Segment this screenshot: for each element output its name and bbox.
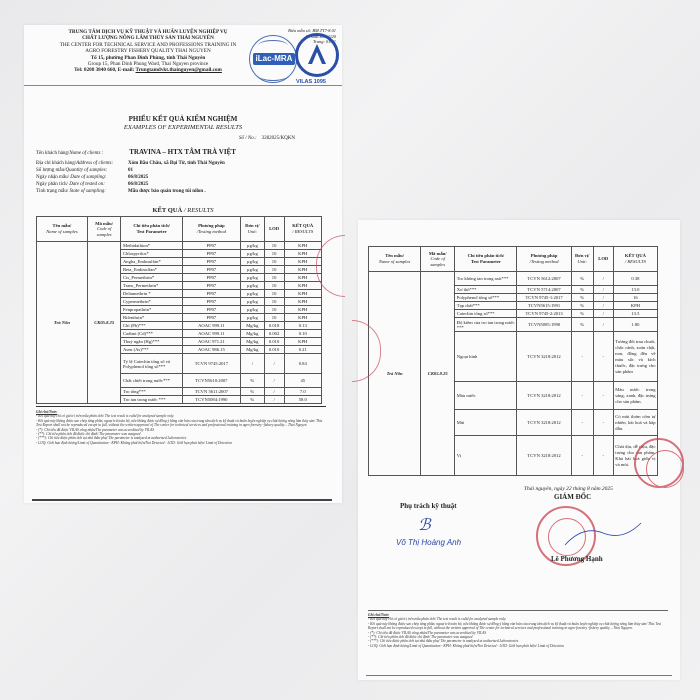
unit: %: [240, 374, 264, 388]
testing-method: TCVN5085:1990: [517, 318, 571, 332]
test-parameter: Asen (As)***: [121, 346, 182, 354]
lod: 0.010: [264, 346, 284, 354]
column-header: Đơn vị/Unit:: [240, 217, 264, 242]
tech-lead-title: Phụ trách kỹ thuật: [400, 502, 457, 510]
unit: -: [571, 410, 593, 436]
sample-code: CK05.8.25: [87, 242, 121, 404]
footer-divider-2: [366, 675, 672, 676]
lod: /: [593, 302, 613, 310]
sample-name: Trà Nõn: [37, 242, 88, 404]
result: Màu nước trong sáng, xanh, đặc trưng cho…: [613, 382, 657, 410]
unit: Mg/kg: [240, 330, 264, 338]
lod: /: [264, 396, 284, 404]
sign-date: Thái nguyên, ngày 22 tháng 8 năm 2025: [524, 486, 613, 492]
result: KPH: [284, 282, 322, 290]
test-parameter: Tro không tan trong axit***: [455, 272, 517, 286]
testing-method: TCVN5084:1990: [182, 396, 240, 404]
field-label: Tình trạng mẫu/ State of sampling:: [36, 188, 128, 195]
lod: 10: [264, 306, 284, 314]
report-number-value: 3282025/KQKN: [262, 136, 295, 141]
note-line: - Kết quả này không được sao chép từng p…: [36, 419, 328, 428]
lod: 10: [264, 282, 284, 290]
table-header-row: Tên mẫu/Name of samplesMã mẫu/Code of sa…: [37, 217, 322, 242]
client-label: Tên khách hàng/: [36, 151, 69, 156]
lod: 10: [264, 290, 284, 298]
column-header: Mã mẫu/Code of samples: [421, 247, 455, 272]
testing-method: TCVN 3218:2012: [517, 382, 571, 410]
test-parameter: Cadimi (Cd)***: [121, 330, 182, 338]
lod: 10: [264, 266, 284, 274]
test-parameter: Bifenthrin*: [121, 314, 182, 322]
report-fields: Địa chỉ khách hàng/Address of clients:Xó…: [36, 160, 225, 195]
test-parameter: Beta_Endosulfan*: [121, 266, 182, 274]
test-parameter: Angha_Endosulfan*: [121, 258, 182, 266]
testing-method: TCVN 9745:2017: [182, 354, 240, 374]
lod: 10: [264, 274, 284, 282]
unit: µg/kg: [240, 250, 264, 258]
column-header: Phương pháp/Testing method: [182, 217, 240, 242]
unit: -: [571, 332, 593, 382]
unit: µg/kg: [240, 282, 264, 290]
unit: µg/kg: [240, 266, 264, 274]
sample-code: CK05.8.25: [421, 272, 455, 476]
result: 0.13: [284, 322, 322, 330]
result: Tương đối trau chuốt, chắc cánh, xoăn ch…: [613, 332, 657, 382]
director-signature-icon: [563, 515, 643, 555]
test-parameter: Chất chiết trong nước***: [121, 374, 182, 388]
column-header: Mã mẫu/Code of samples: [87, 217, 121, 242]
result: 0.21: [284, 346, 322, 354]
unit: %: [571, 286, 593, 294]
note-line: - Kết quả này không được sao chép từng p…: [368, 622, 668, 631]
test-parameter: Methidathion*: [121, 242, 182, 250]
test-parameter: Catechin tổng số***: [455, 310, 517, 318]
test-parameter: Chì (Pb)***: [121, 322, 182, 330]
client-name: TRAVINA – HTX TÂM TRÀ VIỆT: [129, 148, 236, 156]
testing-method: TCVN 5611:2007: [182, 388, 240, 396]
field-label: Ngày phân tích/ Date of tested on:: [36, 181, 128, 188]
unit: %: [240, 388, 264, 396]
result: 58.0: [284, 396, 322, 404]
testing-method: PP07: [182, 250, 240, 258]
lod: 10: [264, 250, 284, 258]
field-row: Số lượng mẫu/Quantity of samples:01: [36, 167, 225, 174]
test-parameter: Tạp chất***: [455, 302, 517, 310]
result: KPH: [284, 242, 322, 250]
field-value: 06/8/2025: [128, 182, 148, 187]
lod: /: [593, 286, 613, 294]
field-value: Mẫu được bảo quản trong túi nilon .: [128, 189, 206, 194]
column-header: Chỉ tiêu phân tích/Test Parameter: [455, 247, 517, 272]
results-table-2: Tên mẫu/Name of samplesMã mẫu/Code of sa…: [368, 246, 658, 476]
testing-method: PP07: [182, 266, 240, 274]
testing-method: TCVN 5714:2007: [517, 286, 571, 294]
column-header: KẾT QUẢ/ RESULTS: [284, 217, 322, 242]
lod: /: [593, 272, 613, 286]
notes-section: Ghi chú/Note:- Kết quả này chỉ có giá tr…: [36, 410, 328, 445]
signature-mark-icon: ℬ: [418, 515, 431, 535]
note-line: - LOQ: Giới hạn định lượng/Limit of Quan…: [368, 644, 668, 648]
results-heading-en: / RESULTS: [184, 207, 214, 214]
org-email: Trungtamdvkt.thainguyen@gmail.com: [136, 67, 222, 73]
field-value: Xóm Bầu Châu, xã Đại Từ, tỉnh Thái Nguyê…: [128, 161, 225, 166]
column-header: Đơn vị/Unit:: [571, 247, 593, 272]
testing-method: PP07: [182, 258, 240, 266]
test-parameter: Trans_Permethrin*: [121, 282, 182, 290]
test-parameter: Tro tổng***: [121, 388, 182, 396]
notes-section-2: Ghi chú/Note:- Kết quả này chỉ có giá tr…: [368, 613, 668, 648]
testing-method: TCVN5615:1991: [517, 302, 571, 310]
unit: µg/kg: [240, 258, 264, 266]
result: 0.10: [284, 330, 322, 338]
testing-method: TCVN 3218:2012: [517, 332, 571, 382]
test-parameter: Chlorpyrifos*: [121, 250, 182, 258]
report-page-2: Tên mẫu/Name of samplesMã mẫu/Code of sa…: [358, 220, 680, 680]
org-contact: Tel: 0208 3840 660, E-mail:: [74, 67, 135, 73]
column-header: LOD: [593, 247, 613, 272]
unit: %: [571, 318, 593, 332]
header-divider: [24, 85, 342, 86]
result: 0.84: [284, 354, 322, 374]
results-heading: KẾT QUẢ / RESULTS: [24, 207, 342, 214]
testing-method: TCVN 3218:2012: [517, 410, 571, 436]
testing-method: PP07: [182, 290, 240, 298]
test-parameter: Màu nước: [455, 382, 517, 410]
field-label: Ngày nhận mẫu/ Date of sampling:: [36, 174, 128, 181]
field-value: 01: [128, 168, 133, 173]
lod: -: [593, 410, 613, 436]
unit: µg/kg: [240, 242, 264, 250]
column-header: LOD: [264, 217, 284, 242]
notes-divider-2: [368, 610, 668, 611]
testing-method: PP07: [182, 282, 240, 290]
testing-method: PP07: [182, 274, 240, 282]
testing-method: PP07: [182, 314, 240, 322]
unit: -: [571, 382, 593, 410]
column-header: Chỉ tiêu phân tích/Test Parameter: [121, 217, 182, 242]
unit: µg/kg: [240, 290, 264, 298]
lod: 10: [264, 314, 284, 322]
result: KPH: [284, 338, 322, 346]
testing-method: AOAC 986.15: [182, 346, 240, 354]
result: 45: [284, 374, 322, 388]
result: KPH: [284, 314, 322, 322]
lod: 10: [264, 298, 284, 306]
lod: 0.018: [264, 322, 284, 330]
field-row: Ngày phân tích/ Date of tested on:06/8/2…: [36, 181, 225, 188]
result: 13.5: [613, 310, 657, 318]
lod: -: [593, 332, 613, 382]
tech-lead-signature: Võ Thị Hoàng Anh: [396, 538, 461, 547]
testing-method: AOAC 999.11: [182, 322, 240, 330]
column-header: KẾT QUẢ/ RESULTS: [613, 247, 657, 272]
result: 7.0: [284, 388, 322, 396]
unit: Mg/kg: [240, 338, 264, 346]
test-parameter: Xơ thô***: [455, 286, 517, 294]
table-row: Trà NõnCK05.8.25Methidathion*PP07µg/kg10…: [37, 242, 322, 250]
test-parameter: Tỷ lệ Catechin tổng số và Polyphenol tổn…: [121, 354, 182, 374]
notes-divider: [36, 406, 326, 407]
field-row: Ngày nhận mẫu/ Date of sampling:06/8/202…: [36, 174, 225, 181]
result: KPH: [284, 306, 322, 314]
report-title-en: EXAMPLES OF EXPERIMENTAL RESULTS: [24, 124, 342, 131]
test-parameter: Tro tan trong nước ***: [121, 396, 182, 404]
lod: 10: [264, 242, 284, 250]
result: Có mùi thơm cốm tự nhiên, hài hoà và hấp…: [613, 410, 657, 436]
unit: %: [571, 294, 593, 302]
testing-method: AOAC 971.21: [182, 338, 240, 346]
testing-method: TCVN 9745-1:2017: [517, 294, 571, 302]
unit: %: [240, 396, 264, 404]
result: KPH: [284, 298, 322, 306]
field-row: Địa chỉ khách hàng/Address of clients:Xó…: [36, 160, 225, 167]
column-header: Tên mẫu/Name of samples: [37, 217, 88, 242]
testing-method: TCVN5610:2007: [182, 374, 240, 388]
test-parameter: Độ kiềm của tro tan trong nước ***: [455, 318, 517, 332]
director-name: Lê Phương Hạnh: [551, 555, 603, 563]
test-parameter: Deltamethrin *: [121, 290, 182, 298]
lod: /: [593, 310, 613, 318]
org-header: TRUNG TÂM DỊCH VỤ KỸ THUẬT VÀ HUẤN LUYỆN…: [38, 29, 258, 74]
field-row: Tình trạng mẫu/ State of sampling:Mẫu đư…: [36, 188, 225, 195]
test-parameter: Mùi: [455, 410, 517, 436]
result: KPH: [284, 290, 322, 298]
lod: 0.002: [264, 330, 284, 338]
test-parameter: Cypermethrin*: [121, 298, 182, 306]
lod: -: [593, 436, 613, 476]
director-title: GIÁM ĐỐC: [554, 493, 591, 501]
result: 0.38: [613, 272, 657, 286]
test-parameter: Fenpropathrin*: [121, 306, 182, 314]
unit: %: [571, 272, 593, 286]
footer-divider: [32, 499, 332, 501]
test-parameter: Cis_Permethrin*: [121, 274, 182, 282]
report-title-vn: PHIẾU KẾT QUẢ KIỂM NGHIỆM: [24, 115, 342, 123]
unit: /: [240, 354, 264, 374]
lod: /: [264, 388, 284, 396]
field-label: Địa chỉ khách hàng/Address of clients:: [36, 160, 128, 167]
sample-name: Trà Nõn: [369, 272, 421, 476]
unit: µg/kg: [240, 314, 264, 322]
column-header: Phương pháp/Testing method: [517, 247, 571, 272]
unit: -: [571, 436, 593, 476]
testing-method: PP07: [182, 306, 240, 314]
unit: Mg/kg: [240, 346, 264, 354]
lod: -: [593, 382, 613, 410]
testing-method: TCVN 9745-2:2013: [517, 310, 571, 318]
unit: µg/kg: [240, 298, 264, 306]
field-label: Số lượng mẫu/Quantity of samples:: [36, 167, 128, 174]
client-row: Tên khách hàng/Name of clients : TRAVINA…: [36, 149, 236, 157]
ilac-logo-text: iLac-MRA: [253, 53, 295, 65]
ilac-mra-logo: iLac-MRA: [249, 35, 297, 83]
test-parameter: Vị: [455, 436, 517, 476]
lod: /: [593, 294, 613, 302]
result: 13.0: [613, 286, 657, 294]
result: 1.80: [613, 318, 657, 332]
table-header-row: Tên mẫu/Name of samplesMã mẫu/Code of sa…: [369, 247, 658, 272]
lod: /: [264, 354, 284, 374]
test-parameter: Polyphenol tổng số***: [455, 294, 517, 302]
unit: Mg/kg: [240, 322, 264, 330]
test-parameter: Thuỷ ngân (Hg)***: [121, 338, 182, 346]
vilas-logo: [295, 33, 339, 77]
stamp-edge-right-icon: [634, 438, 684, 488]
results-table-1: Tên mẫu/Name of samplesMã mẫu/Code of sa…: [36, 216, 322, 404]
table-row: Trà NõnCK05.8.25Tro không tan trong axit…: [369, 272, 658, 286]
report-page-1: TRUNG TÂM DỊCH VỤ KỸ THUẬT VÀ HUẤN LUYỆN…: [24, 25, 342, 503]
report-number-label: Số / No.:: [239, 136, 257, 141]
testing-method: TCVN 3218:2012: [517, 436, 571, 476]
note-line: - LOQ: Giới hạn định lượng/Limit of Quan…: [36, 441, 328, 445]
unit: %: [571, 310, 593, 318]
result: KPH: [613, 302, 657, 310]
testing-method: PP07: [182, 242, 240, 250]
field-value: 06/8/2025: [128, 175, 148, 180]
testing-method: PP07: [182, 298, 240, 306]
unit: µg/kg: [240, 274, 264, 282]
testing-method: TCVN 5612:2007: [517, 272, 571, 286]
results-heading-vn: KẾT QUẢ: [153, 207, 183, 214]
lod: 10: [264, 258, 284, 266]
test-parameter: Ngoại hình: [455, 332, 517, 382]
result: 16: [613, 294, 657, 302]
testing-method: AOAC 999.11: [182, 330, 240, 338]
unit: µg/kg: [240, 306, 264, 314]
lod: /: [264, 374, 284, 388]
report-number: Số / No.: 3282025/KQKN: [239, 136, 295, 141]
lod: 0.010: [264, 338, 284, 346]
lod: /: [593, 318, 613, 332]
column-header: Tên mẫu/Name of samples: [369, 247, 421, 272]
client-label-en: Name of clients :: [69, 151, 103, 156]
unit: %: [571, 302, 593, 310]
